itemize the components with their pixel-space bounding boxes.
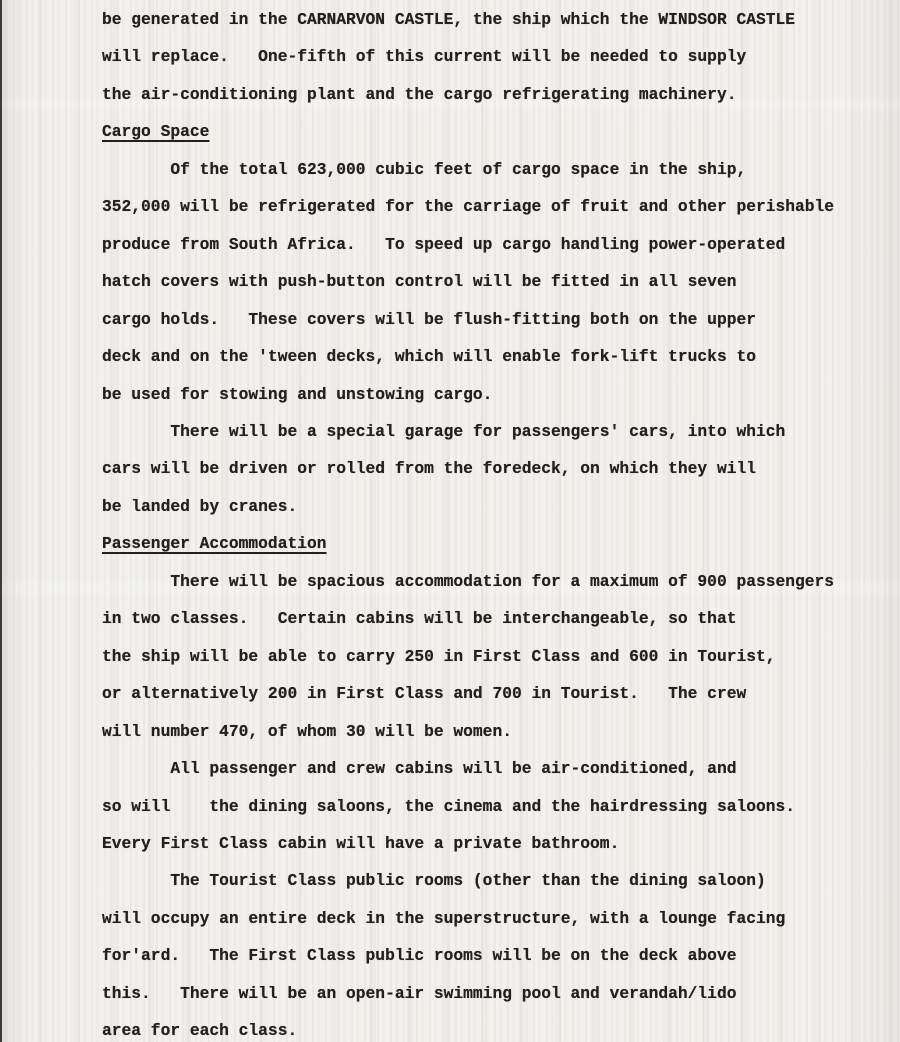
text-line: the air-conditioning plant and the cargo…	[102, 76, 872, 113]
text-line: in two classes. Certain cabins will be i…	[102, 600, 872, 637]
text-line: deck and on the 'tween decks, which will…	[102, 338, 872, 375]
section-heading: Passenger Accommodation	[102, 525, 872, 562]
text-line: so will the dining saloons, the cinema a…	[102, 788, 872, 825]
text-line: will occupy an entire deck in the supers…	[102, 900, 872, 937]
text-line: area for each class.	[102, 1012, 872, 1042]
text-line: or alternatively 200 in First Class and …	[102, 675, 872, 712]
text-line: Of the total 623,000 cubic feet of cargo…	[102, 151, 872, 188]
text-line: be used for stowing and unstowing cargo.	[102, 376, 872, 413]
text-line: will replace. One-fifth of this current …	[102, 38, 872, 75]
text-line: produce from South Africa. To speed up c…	[102, 226, 872, 263]
document-page-text: be generated in the CARNARVON CASTLE, th…	[102, 1, 872, 1042]
text-line: be landed by cranes.	[102, 488, 872, 525]
text-line: There will be spacious accommodation for…	[102, 563, 872, 600]
text-line: hatch covers with push-button control wi…	[102, 263, 872, 300]
text-line: The Tourist Class public rooms (other th…	[102, 862, 872, 899]
text-line: 352,000 will be refrigerated for the car…	[102, 188, 872, 225]
text-line: this. There will be an open-air swimming…	[102, 975, 872, 1012]
text-line: will number 470, of whom 30 will be wome…	[102, 713, 872, 750]
text-line: All passenger and crew cabins will be ai…	[102, 750, 872, 787]
text-line: cars will be driven or rolled from the f…	[102, 450, 872, 487]
text-line: There will be a special garage for passe…	[102, 413, 872, 450]
text-line: cargo holds. These covers will be flush-…	[102, 301, 872, 338]
scan-edge-line	[0, 0, 2, 1042]
text-line: the ship will be able to carry 250 in Fi…	[102, 638, 872, 675]
text-line: for'ard. The First Class public rooms wi…	[102, 937, 872, 974]
text-line: be generated in the CARNARVON CASTLE, th…	[102, 1, 872, 38]
text-line: Every First Class cabin will have a priv…	[102, 825, 872, 862]
section-heading: Cargo Space	[102, 113, 872, 150]
